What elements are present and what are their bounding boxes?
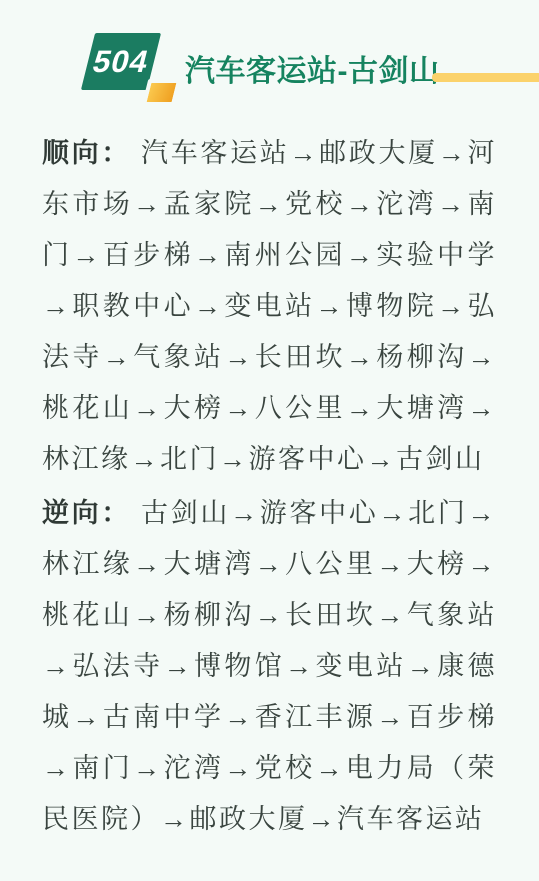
forward-route-section: 顺向：汽车客运站→邮政大厦→河东市场→孟家院→党校→沱湾→南门→百步梯→南州公园… — [42, 128, 497, 485]
route-directions: 顺向：汽车客运站→邮政大厦→河东市场→孟家院→党校→沱湾→南门→百步梯→南州公园… — [42, 128, 497, 845]
route-title: 汽车客运站-古剑山 — [185, 46, 440, 90]
bus-route-page: 504 汽车客运站-古剑山 顺向：汽车客运站→邮政大厦→河东市场→孟家院→党校→… — [0, 0, 539, 881]
reverse-direction-label: 逆向： — [42, 498, 131, 528]
title-underline-decoration — [432, 73, 539, 82]
forward-direction-label: 顺向： — [42, 138, 131, 168]
forward-route-stops: 汽车客运站→邮政大厦→河东市场→孟家院→党校→沱湾→南门→百步梯→南州公园→实验… — [42, 138, 497, 474]
reverse-route-stops: 古剑山→游客中心→北门→林江缘→大塘湾→八公里→大榜→桃花山→杨柳沟→长田坎→气… — [42, 498, 497, 834]
route-number: 504 — [89, 44, 153, 80]
badge-accent-decoration — [142, 79, 182, 106]
reverse-route-section: 逆向：古剑山→游客中心→北门→林江缘→大塘湾→八公里→大榜→桃花山→杨柳沟→长田… — [42, 488, 497, 845]
route-header: 504 汽车客运站-古剑山 — [42, 0, 497, 128]
